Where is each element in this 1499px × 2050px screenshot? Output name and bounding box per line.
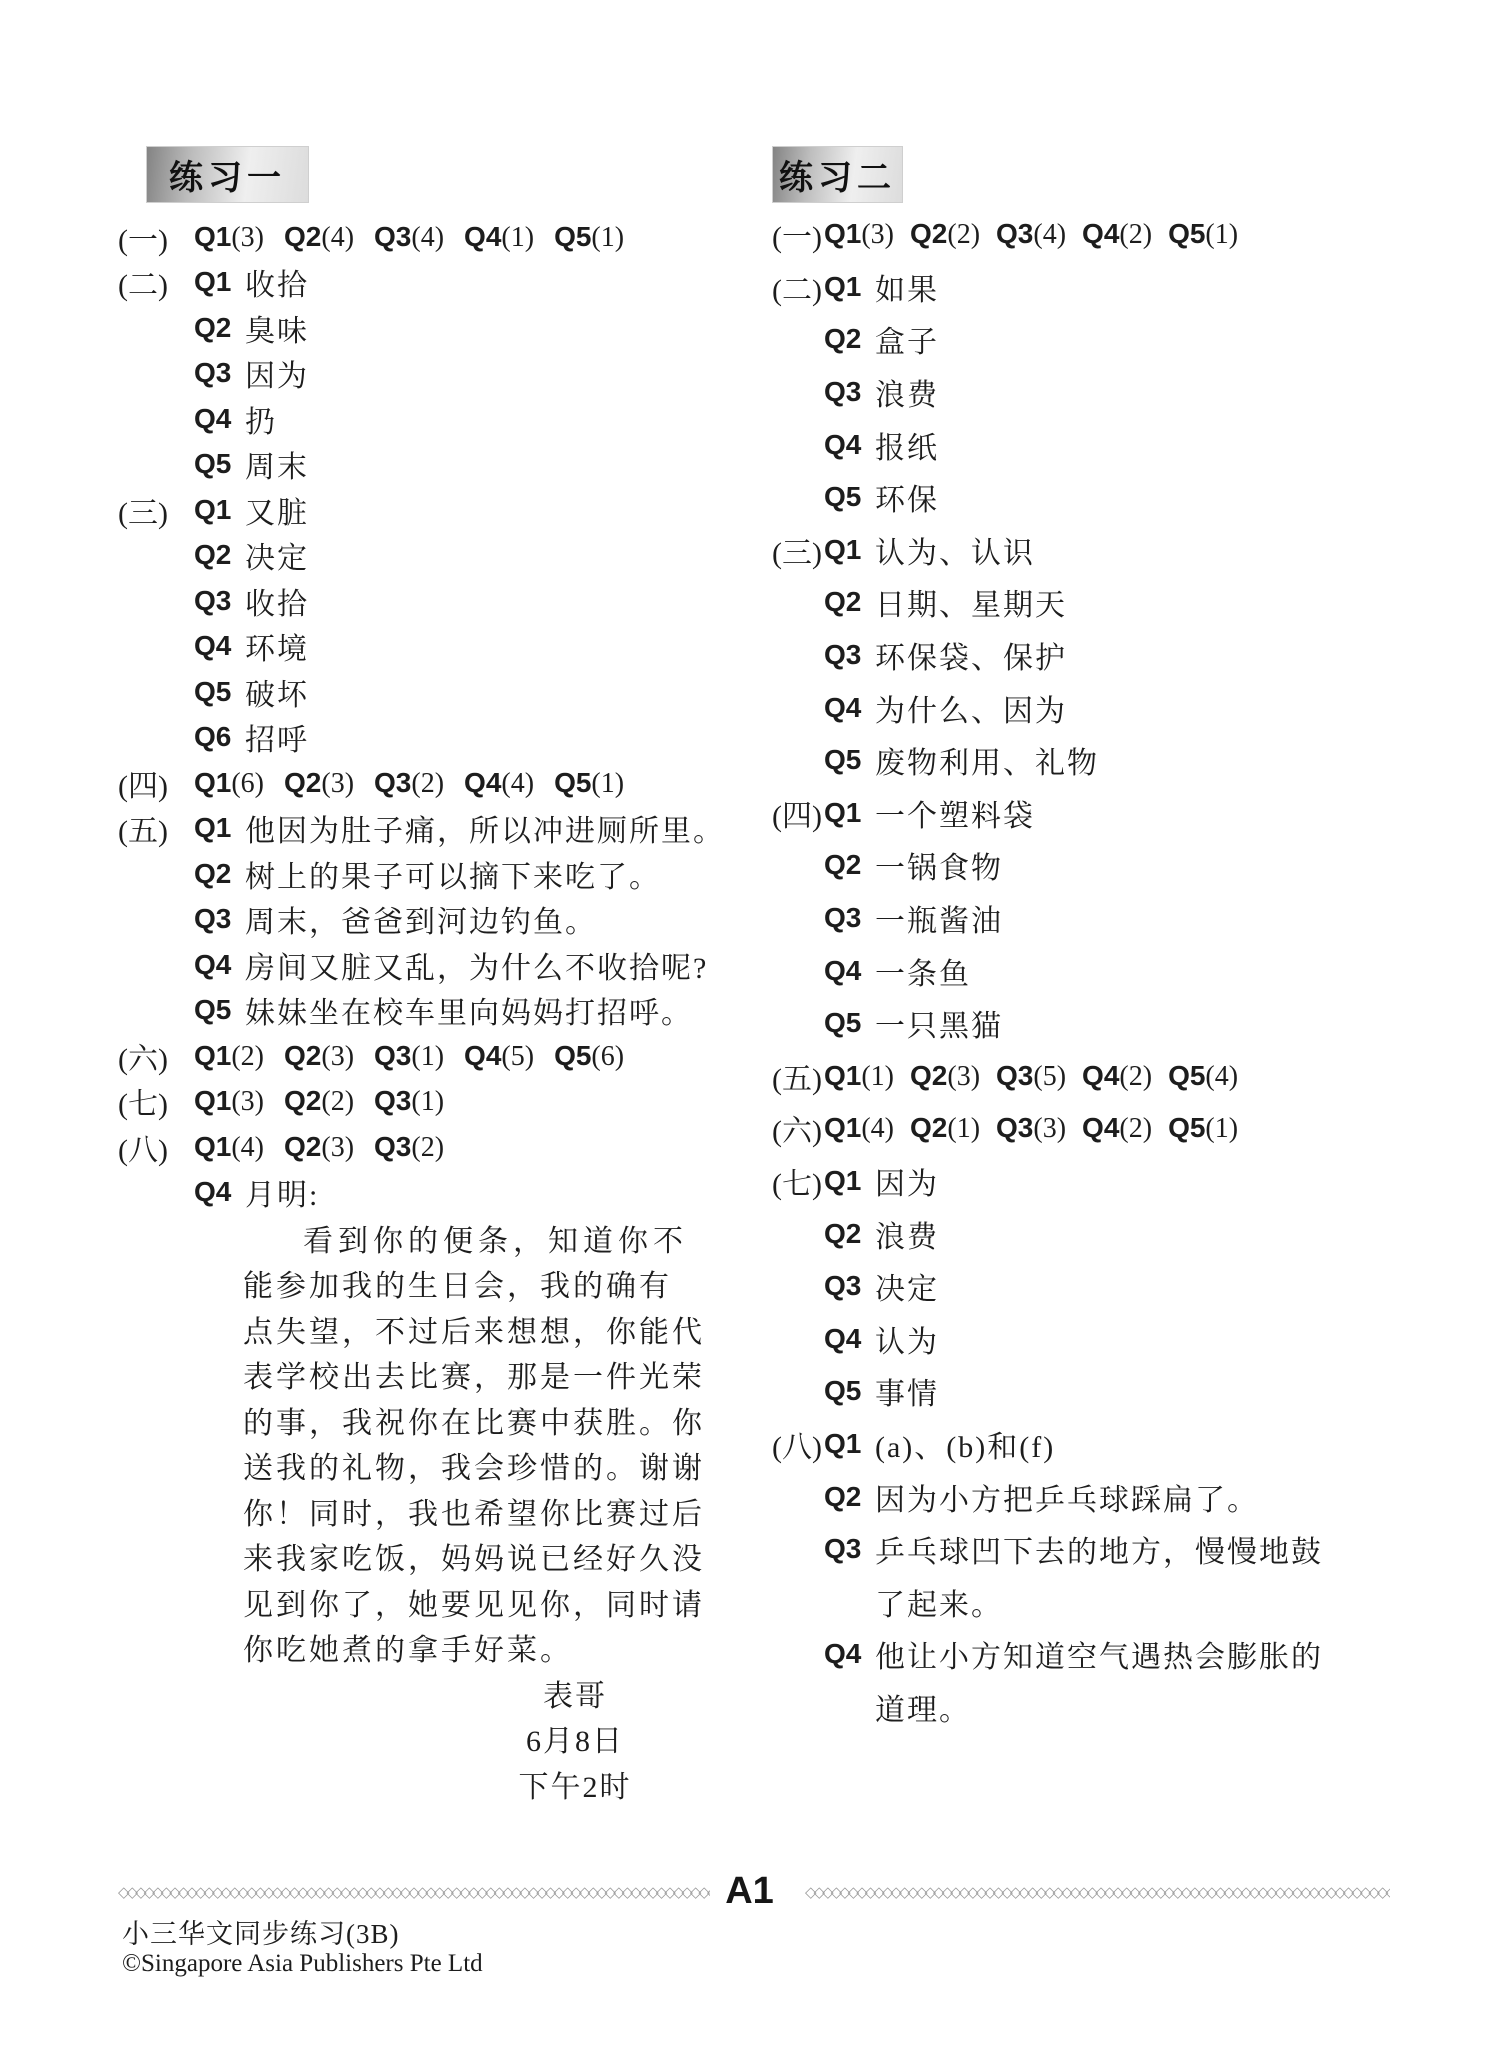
choice-number: (2)	[1119, 1113, 1152, 1144]
answer-row: Q5妹妹坐在校车里向妈妈打招呼。	[118, 988, 718, 1034]
question-label: Q5	[554, 767, 591, 798]
section-label: (五)	[118, 806, 194, 850]
section-label: (一)	[118, 215, 194, 259]
question-label: Q4	[824, 955, 875, 987]
answer-text: 又脏	[245, 488, 309, 532]
divider-ornament-right: ◇◇◇◇◇◇◇◇◇◇◇◇◇◇◇◇◇◇◇◇◇◇◇◇◇◇◇◇◇◇◇◇◇◇◇◇◇◇◇◇…	[805, 1883, 1390, 1903]
choice-answers: Q1(3)Q2(2)Q3(4)Q4(2)Q5(1)	[824, 217, 1254, 251]
choice-number: (3)	[321, 1132, 354, 1163]
choice-answers: Q1(3)Q2(4)Q3(4)Q4(1)Q5(1)	[194, 220, 644, 254]
choice-number: (1)	[1205, 1113, 1238, 1144]
choice-number: (2)	[947, 219, 980, 250]
answer-text: 破坏	[245, 670, 309, 714]
choice-answer: Q5(1)	[1168, 217, 1238, 251]
question-label: Q1	[824, 1112, 861, 1143]
choice-answer: Q3(5)	[996, 1059, 1066, 1093]
choice-answer-row: (一)Q1(3)Q2(2)Q3(4)Q4(2)Q5(1)	[772, 208, 1400, 261]
choice-answer: Q5(6)	[554, 1039, 624, 1073]
question-label: Q2	[194, 858, 245, 890]
answer-row: Q3浪费	[772, 366, 1400, 419]
choice-answer: Q2(3)	[910, 1059, 980, 1093]
section-label: (四)	[118, 761, 194, 805]
choice-number: (2)	[1119, 1061, 1152, 1092]
choice-answer: Q3(4)	[996, 217, 1066, 251]
choice-answer: Q2(2)	[284, 1084, 354, 1118]
choice-answer: Q1(3)	[824, 217, 894, 251]
answer-row: (八)Q1(a)、(b)和(f)	[772, 1418, 1400, 1471]
section-label: (二)	[772, 265, 824, 309]
question-label: Q1	[824, 1165, 875, 1197]
exercise2-title: 练习二	[779, 150, 896, 199]
answer-row: Q3周末，爸爸到河边钓鱼。	[118, 897, 718, 943]
choice-number: (3)	[321, 768, 354, 799]
question-label: Q5	[194, 994, 245, 1026]
book-title: 小三华文同步练习(3B)	[122, 1912, 400, 1951]
answer-text: 如果	[875, 265, 939, 309]
choice-number: (1)	[501, 222, 534, 253]
choice-answer: Q5(1)	[1168, 1111, 1238, 1145]
question-label: Q1	[194, 1040, 231, 1071]
choice-number: (3)	[861, 219, 894, 250]
question-label: Q4	[194, 630, 245, 662]
answer-row: Q3乒乓球凹下去的地方，慢慢地鼓	[772, 1523, 1400, 1576]
choice-number: (1)	[947, 1113, 980, 1144]
question-label: Q3	[374, 767, 411, 798]
letter-line-text: 表学校出去比赛，那是一件光荣	[243, 1352, 705, 1396]
question-label: Q1	[824, 1060, 861, 1091]
question-label: Q3	[374, 1131, 411, 1162]
copyright-line: ©Singapore Asia Publishers Pte Ltd	[122, 1950, 483, 1978]
choice-answer: Q4(1)	[464, 220, 534, 254]
question-label: Q2	[910, 1112, 947, 1143]
choice-answer: Q2(3)	[284, 766, 354, 800]
question-label: Q4	[824, 1323, 875, 1355]
answer-row: 道理。	[772, 1681, 1400, 1734]
signature-text: 下午2时	[450, 1762, 700, 1806]
choice-answers: Q1(6)Q2(3)Q3(2)Q4(4)Q5(1)	[194, 766, 644, 800]
answer-text: 决定	[875, 1264, 939, 1308]
answer-text: 因为小方把乒乓球踩扁了。	[875, 1475, 1259, 1519]
choice-answer: Q4(2)	[1082, 217, 1152, 251]
answer-text: 为什么、因为	[875, 686, 1067, 730]
choice-answer: Q2(3)	[284, 1130, 354, 1164]
question-label: Q3	[824, 639, 875, 671]
question-label: Q2	[284, 1085, 321, 1116]
letter-line-text: 你吃她煮的拿手好菜。	[243, 1625, 573, 1669]
question-label: Q4	[824, 692, 875, 724]
choice-number: (1)	[591, 768, 624, 799]
question-label: Q3	[996, 1112, 1033, 1143]
choice-number: (4)	[501, 768, 534, 799]
answer-row: Q4月明:	[118, 1170, 718, 1216]
question-label: Q1	[194, 1085, 231, 1116]
question-label: Q3	[824, 376, 875, 408]
section-label: (二)	[118, 260, 194, 304]
choice-answer: Q2(1)	[910, 1111, 980, 1145]
answer-text: 日期、星期天	[875, 580, 1067, 624]
answer-text: 房间又脏又乱，为什么不收拾呢?	[245, 943, 708, 987]
question-label: Q1	[824, 1428, 875, 1460]
choice-number: (4)	[861, 1113, 894, 1144]
choice-number: (5)	[1033, 1061, 1066, 1092]
answer-row: Q4环境	[118, 624, 718, 670]
choice-number: (5)	[501, 1041, 534, 1072]
choice-number: (3)	[321, 1041, 354, 1072]
letter-line-text: 送我的礼物，我会珍惜的。谢谢	[243, 1443, 705, 1487]
answer-text: 一个塑料袋	[875, 791, 1035, 835]
question-label: Q5	[194, 676, 245, 708]
question-label: Q5	[1168, 218, 1205, 249]
exercise1-answers: (一)Q1(3)Q2(4)Q3(4)Q4(1)Q5(1)(二)Q1收拾Q2臭味Q…	[118, 214, 718, 1807]
question-label: Q2	[910, 1060, 947, 1091]
choice-answers: Q1(4)Q2(1)Q3(3)Q4(2)Q5(1)	[824, 1111, 1254, 1145]
choice-answer: Q3(1)	[374, 1084, 444, 1118]
section-label: (七)	[772, 1159, 824, 1203]
answer-text: 环保袋、保护	[875, 633, 1067, 677]
answer-text: 一瓶酱油	[875, 896, 1003, 940]
letter-line-text: 能参加我的生日会，我的确有	[243, 1261, 672, 1305]
answer-text: 浪费	[875, 370, 939, 414]
answer-text: 周末	[245, 442, 309, 486]
answer-text: 报纸	[875, 423, 939, 467]
signature-line: 下午2时	[118, 1761, 718, 1807]
section-label: (三)	[118, 488, 194, 532]
letter-line: 见到你了，她要见见你，同时请	[118, 1579, 718, 1625]
question-label: Q3	[374, 1040, 411, 1071]
question-label: Q1	[194, 812, 245, 844]
letter-line: 送我的礼物，我会珍惜的。谢谢	[118, 1443, 718, 1489]
answer-row: Q2浪费	[772, 1207, 1400, 1260]
question-label: Q1	[194, 767, 231, 798]
answer-row: Q4他让小方知道空气遇热会膨胀的	[772, 1628, 1400, 1681]
choice-answer: Q1(4)	[194, 1130, 264, 1164]
question-label: Q1	[824, 534, 875, 566]
answer-text: 月明:	[245, 1170, 319, 1214]
letter-line-text: 见到你了，她要见见你，同时请	[243, 1580, 705, 1624]
answer-row: Q5废物利用、礼物	[772, 734, 1400, 787]
question-label: Q2	[194, 312, 245, 344]
answer-row: (四)Q1一个塑料袋	[772, 787, 1400, 840]
question-label: Q5	[824, 1375, 875, 1407]
answer-text: 决定	[245, 533, 309, 577]
choice-answer: Q1(6)	[194, 766, 264, 800]
answer-row: (三)Q1认为、认识	[772, 524, 1400, 577]
question-label: Q4	[824, 1638, 875, 1670]
answer-text: 他因为肚子痛，所以冲进厕所里。	[245, 806, 725, 850]
section-label: (六)	[118, 1034, 194, 1078]
answer-text: 因为	[875, 1159, 939, 1203]
answer-text: 周末，爸爸到河边钓鱼。	[245, 897, 597, 941]
question-label: Q4	[464, 767, 501, 798]
question-label: Q1	[194, 221, 231, 252]
question-label: Q6	[194, 721, 245, 753]
choice-number: (1)	[1205, 219, 1238, 250]
choice-number: (1)	[411, 1086, 444, 1117]
choice-answer: Q3(3)	[996, 1111, 1066, 1145]
choice-number: (4)	[411, 222, 444, 253]
letter-line: 你吃她煮的拿手好菜。	[118, 1625, 718, 1671]
choice-answer: Q1(4)	[824, 1111, 894, 1145]
choice-number: (3)	[231, 1086, 264, 1117]
choice-answers: Q1(2)Q2(3)Q3(1)Q4(5)Q5(6)	[194, 1039, 644, 1073]
answer-text: 环保	[875, 475, 939, 519]
answer-row: Q2因为小方把乒乓球踩扁了。	[772, 1470, 1400, 1523]
choice-number: (1)	[411, 1041, 444, 1072]
answer-text: 废物利用、礼物	[875, 738, 1099, 782]
answer-row: Q4认为	[772, 1312, 1400, 1365]
answer-row: Q6招呼	[118, 715, 718, 761]
question-label: Q2	[824, 586, 875, 618]
question-label: Q5	[824, 481, 875, 513]
exercise1-title: 练习一	[169, 150, 286, 199]
choice-number: (3)	[231, 222, 264, 253]
answer-row: Q4房间又脏又乱，为什么不收拾呢?	[118, 942, 718, 988]
answer-row: Q2臭味	[118, 305, 718, 351]
answer-text: 臭味	[245, 306, 309, 350]
question-label: Q2	[824, 1218, 875, 1250]
answer-row: Q5事情	[772, 1365, 1400, 1418]
question-label: Q2	[824, 1481, 875, 1513]
question-label: Q4	[194, 1176, 245, 1208]
question-label: Q1	[824, 218, 861, 249]
section-label: (三)	[772, 528, 824, 572]
section-label: (一)	[772, 212, 824, 256]
signature-line: 表哥	[118, 1670, 718, 1716]
question-label: Q5	[1168, 1112, 1205, 1143]
question-label: Q5	[1168, 1060, 1205, 1091]
answer-text: 收拾	[245, 260, 309, 304]
answer-row: Q5环保	[772, 471, 1400, 524]
answer-row: (五)Q1他因为肚子痛，所以冲进厕所里。	[118, 806, 718, 852]
answer-row: Q4扔	[118, 396, 718, 442]
choice-answer: Q2(4)	[284, 220, 354, 254]
question-label: Q4	[824, 429, 875, 461]
answer-row: Q3决定	[772, 1260, 1400, 1313]
choice-number: (2)	[231, 1041, 264, 1072]
answer-text: 一只黑猫	[875, 1001, 1003, 1045]
choice-answer-row: (五)Q1(1)Q2(3)Q3(5)Q4(2)Q5(4)	[772, 1050, 1400, 1103]
choice-answer: Q3(1)	[374, 1039, 444, 1073]
answer-row: Q2盒子	[772, 313, 1400, 366]
choice-number: (6)	[231, 768, 264, 799]
answer-row: Q3一瓶酱油	[772, 892, 1400, 945]
letter-line-text: 来我家吃饭，妈妈说已经好久没	[243, 1534, 705, 1578]
answer-text: 扔	[245, 397, 277, 441]
question-label: Q4	[194, 403, 245, 435]
choice-answer: Q4(2)	[1082, 1059, 1152, 1093]
answer-text: 事情	[875, 1369, 939, 1413]
question-label: Q5	[554, 1040, 591, 1071]
section-label: (八)	[118, 1125, 194, 1169]
choice-answer: Q1(1)	[824, 1059, 894, 1093]
letter-line-text: 的事，我祝你在比赛中获胜。你	[243, 1398, 705, 1442]
choice-answer: Q1(3)	[194, 1084, 264, 1118]
letter-line: 表学校出去比赛，那是一件光荣	[118, 1352, 718, 1398]
exercise1-title-box: 练习一	[146, 146, 309, 203]
answer-row: Q2日期、星期天	[772, 576, 1400, 629]
section-label: (六)	[772, 1106, 824, 1150]
answer-text: 浪费	[875, 1212, 939, 1256]
choice-answers: Q1(4)Q2(3)Q3(2)	[194, 1130, 464, 1164]
choice-answer: Q5(4)	[1168, 1059, 1238, 1093]
letter-line: 点失望，不过后来想想，你能代	[118, 1306, 718, 1352]
question-label: Q4	[464, 1040, 501, 1071]
answer-row: (二)Q1收拾	[118, 260, 718, 306]
question-label: Q4	[1082, 218, 1119, 249]
question-label: Q2	[284, 767, 321, 798]
question-label: Q3	[824, 1270, 875, 1302]
question-label: Q2	[824, 849, 875, 881]
question-label: Q2	[194, 539, 245, 571]
section-label: (八)	[772, 1422, 824, 1466]
section-label: (四)	[772, 791, 824, 835]
question-label: Q3	[996, 218, 1033, 249]
question-label: Q5	[554, 221, 591, 252]
question-label: Q5	[824, 744, 875, 776]
letter-line-text: 点失望，不过后来想想，你能代	[243, 1307, 705, 1351]
answer-row: Q5周末	[118, 442, 718, 488]
choice-number: (1)	[861, 1061, 894, 1092]
choice-answer-row: (八)Q1(4)Q2(3)Q3(2)	[118, 1124, 718, 1170]
letter-line-text: 你！同时，我也希望你比赛过后	[243, 1489, 705, 1533]
answer-row: (三)Q1又脏	[118, 487, 718, 533]
question-label: Q3	[996, 1060, 1033, 1091]
answer-text: 认为、认识	[875, 528, 1035, 572]
choice-answer: Q5(1)	[554, 220, 624, 254]
letter-line: 你！同时，我也希望你比赛过后	[118, 1488, 718, 1534]
question-label: Q2	[284, 1040, 321, 1071]
signature-text: 表哥	[450, 1671, 700, 1715]
choice-answers: Q1(1)Q2(3)Q3(5)Q4(2)Q5(4)	[824, 1059, 1254, 1093]
answer-row: Q4报纸	[772, 418, 1400, 471]
answer-text: 他让小方知道空气遇热会膨胀的	[875, 1632, 1323, 1676]
answer-row: 了起来。	[772, 1575, 1400, 1628]
answer-text: 了起来。	[875, 1580, 1003, 1624]
answer-row: (二)Q1如果	[772, 261, 1400, 314]
answer-row: Q3环保袋、保护	[772, 629, 1400, 682]
question-label: Q3	[194, 357, 245, 389]
letter-line-text: 看到你的便条，知道你不	[303, 1216, 688, 1260]
section-label: (五)	[772, 1054, 824, 1098]
choice-answer: Q2(3)	[284, 1039, 354, 1073]
answer-text: 认为	[875, 1317, 939, 1361]
choice-answer: Q1(3)	[194, 220, 264, 254]
question-label: Q1	[824, 271, 875, 303]
question-label: Q2	[824, 323, 875, 355]
choice-answer: Q3(2)	[374, 766, 444, 800]
answer-text: 一条鱼	[875, 949, 971, 993]
choice-answer: Q2(2)	[910, 217, 980, 251]
answer-text: 环境	[245, 624, 309, 668]
question-label: Q3	[374, 221, 411, 252]
question-label: Q5	[194, 448, 245, 480]
choice-number: (1)	[591, 222, 624, 253]
letter-line: 来我家吃饭，妈妈说已经好久没	[118, 1534, 718, 1580]
letter-line: 的事，我祝你在比赛中获胜。你	[118, 1397, 718, 1443]
question-label: Q2	[284, 221, 321, 252]
answer-row: Q5破坏	[118, 669, 718, 715]
section-label: (七)	[118, 1079, 194, 1123]
question-label: Q5	[824, 1007, 875, 1039]
choice-answers: Q1(3)Q2(2)Q3(1)	[194, 1084, 464, 1118]
question-label: Q4	[464, 221, 501, 252]
choice-answer: Q4(4)	[464, 766, 534, 800]
choice-number: (2)	[1119, 219, 1152, 250]
question-label: Q1	[194, 494, 245, 526]
letter-line: 能参加我的生日会，我的确有	[118, 1261, 718, 1307]
choice-number: (4)	[1033, 219, 1066, 250]
signature-text: 6月8日	[450, 1716, 700, 1760]
answer-row: Q3因为	[118, 351, 718, 397]
answer-row: Q2树上的果子可以摘下来吃了。	[118, 851, 718, 897]
choice-number: (4)	[231, 1132, 264, 1163]
answer-row: Q4一条鱼	[772, 944, 1400, 997]
choice-answer: Q4(2)	[1082, 1111, 1152, 1145]
answer-row: Q3收拾	[118, 578, 718, 624]
exercise2-answers: (一)Q1(3)Q2(2)Q3(4)Q4(2)Q5(1)(二)Q1如果Q2盒子Q…	[772, 208, 1400, 1733]
question-label: Q1	[824, 797, 875, 829]
question-label: Q3	[194, 585, 245, 617]
answer-text: 盒子	[875, 317, 939, 361]
choice-answer: Q4(5)	[464, 1039, 534, 1073]
choice-answer-row: (一)Q1(3)Q2(4)Q3(4)Q4(1)Q5(1)	[118, 214, 718, 260]
answer-row: Q2一锅食物	[772, 839, 1400, 892]
choice-number: (2)	[321, 1086, 354, 1117]
signature-line: 6月8日	[118, 1716, 718, 1762]
question-label: Q1	[194, 266, 245, 298]
answer-text: 妹妹坐在校车里向妈妈打招呼。	[245, 988, 693, 1032]
choice-answer-row: (六)Q1(2)Q2(3)Q3(1)Q4(5)Q5(6)	[118, 1033, 718, 1079]
choice-number: (3)	[1033, 1113, 1066, 1144]
choice-answer: Q3(2)	[374, 1130, 444, 1164]
question-label: Q4	[194, 949, 245, 981]
question-label: Q4	[1082, 1060, 1119, 1091]
answer-text: 乒乓球凹下去的地方，慢慢地鼓	[875, 1527, 1323, 1571]
choice-number: (6)	[591, 1041, 624, 1072]
choice-number: (2)	[411, 1132, 444, 1163]
answer-row: Q2决定	[118, 533, 718, 579]
question-label: Q2	[910, 218, 947, 249]
answer-text: 招呼	[245, 715, 309, 759]
question-label: Q3	[824, 1533, 875, 1565]
choice-number: (4)	[321, 222, 354, 253]
question-label: Q3	[194, 903, 245, 935]
answer-text: 树上的果子可以摘下来吃了。	[245, 852, 661, 896]
question-label: Q3	[824, 902, 875, 934]
choice-number: (4)	[1205, 1061, 1238, 1092]
choice-number: (2)	[411, 768, 444, 799]
choice-answer-row: (四)Q1(6)Q2(3)Q3(2)Q4(4)Q5(1)	[118, 760, 718, 806]
question-label: Q4	[1082, 1112, 1119, 1143]
answer-key-page: 练习一 (一)Q1(3)Q2(4)Q3(4)Q4(1)Q5(1)(二)Q1收拾Q…	[0, 0, 1499, 2050]
choice-answer-row: (七)Q1(3)Q2(2)Q3(1)	[118, 1079, 718, 1125]
answer-text: 道理。	[875, 1685, 971, 1729]
question-label: Q3	[374, 1085, 411, 1116]
choice-answer: Q3(4)	[374, 220, 444, 254]
choice-answer: Q1(2)	[194, 1039, 264, 1073]
answer-row: (七)Q1因为	[772, 1155, 1400, 1208]
answer-text: (a)、(b)和(f)	[875, 1422, 1055, 1466]
letter-line: 看到你的便条，知道你不	[118, 1215, 718, 1261]
answer-row: Q4为什么、因为	[772, 681, 1400, 734]
exercise2-title-box: 练习二	[772, 146, 903, 203]
answer-row: Q5一只黑猫	[772, 997, 1400, 1050]
answer-text: 收拾	[245, 579, 309, 623]
answer-text: 一锅食物	[875, 843, 1003, 887]
choice-number: (3)	[947, 1061, 980, 1092]
choice-answer-row: (六)Q1(4)Q2(1)Q3(3)Q4(2)Q5(1)	[772, 1102, 1400, 1155]
answer-text: 因为	[245, 351, 309, 395]
